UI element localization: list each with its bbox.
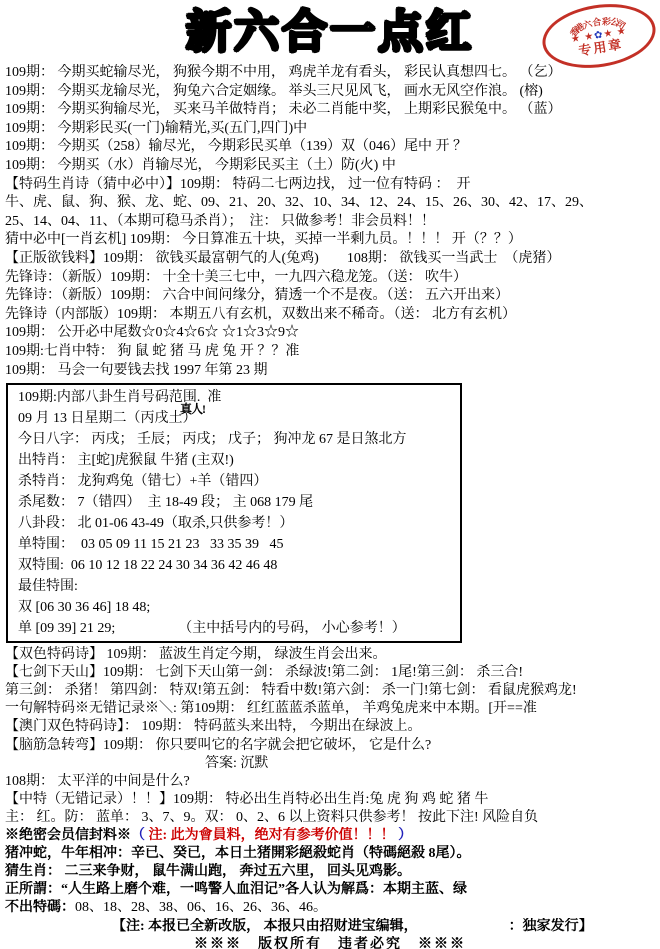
- text-line: 109期： 今期买蛇输尽光， 狗猴今期不中用， 鸡虎羊龙有看头， 彩民认真想四七…: [0, 64, 660, 83]
- bottom-section: 【双色特码诗】 109期： 蓝波生肖定今期， 绿波生肖会出来。 【七剑下天山】1…: [0, 646, 660, 949]
- text-line: 109期:七肖中特： 狗 鼠 蛇 猪 马 虎 兔 开 ？？准: [0, 343, 660, 362]
- box-line: 最佳特围:: [10, 576, 460, 597]
- box-line: 今日八字： 丙戌； 壬辰； 丙戌； 戊子； 狗冲龙 67 是日煞北方: [10, 429, 460, 450]
- box-line: 109期:内部八卦生肖号码范围. 准: [10, 387, 460, 408]
- text-line: 109期： 今期买（水）肖输尽光， 今期彩民买主（土）防(火) 中: [0, 157, 660, 176]
- text-line: 109期： 公开必中尾数☆0☆4☆6☆ ☆1☆3☆9☆: [0, 324, 660, 343]
- tip-sheet-page: 新六合一点红 香 港 六 合 彩 公 司 ★ ★✿★ ★ 专用章 109期： 今…: [0, 0, 660, 949]
- text-line: 109期： 今期买（258）输尽光， 今期彩民买单（139）双（046）尾中 开…: [0, 138, 660, 157]
- box-line: 杀特肖： 龙狗鸡兔（错七）+羊（错四）: [10, 471, 460, 492]
- open-paren: （: [131, 828, 149, 843]
- text-line: 先锋诗（内部版）109期： 本期五八有玄机，双数出来不稀奇。（送： 北方有玄机）: [0, 306, 660, 325]
- text-line: 109期： 今期买狗输尽光， 买来马羊做特肖； 未必二肖能中奖， 上期彩民猴兔中…: [0, 101, 660, 120]
- text-line: 【特码生肖诗（猜中必中）】109期： 特码二七两边找， 过一位有特码 ： 开: [0, 176, 660, 195]
- text-line: 【澳门双色特码诗】： 109期： 特码蓝头来出特， 今期出在绿波上。: [0, 718, 660, 736]
- text-line: 先锋诗：（新版）109期： 六合中间问缘分，猜透一个不是夜。（送： 五六开出来）: [0, 287, 660, 306]
- text-line: 【七剑下天山】109期： 七剑下天山第一剑： 杀绿波!第二剑： 1尾!第三剑： …: [0, 664, 660, 682]
- text-line: 【正版欲钱料】109期： 欲钱买最富朝气的人(兔鸡) 108期： 欲钱买一当武士…: [0, 250, 660, 269]
- text-line: 108期： 太平洋的中间是什么?: [0, 773, 660, 791]
- member-note-line: ※绝密会员信封料※（ 注: 此为會員料，绝对有参考价值！！！ ）: [0, 827, 660, 845]
- member-note-prefix: ※绝密会员信封料※: [5, 828, 131, 843]
- text-line: 猜生肖： 二三来争财， 鼠牛满山跑， 奔过五六里， 回头见鸡影。: [0, 863, 660, 881]
- text-line: 猜中必中[一肖玄机] 109期： 今日算准五十块，买掉一半剩九员。！！！ 开（？…: [0, 231, 660, 250]
- box-line: 单 [09 39] 21 29; （主中括号内的号码， 小心参考！）: [10, 618, 460, 639]
- no-special-label: 不出特碼：: [5, 900, 75, 915]
- text-line: 正所謂：“人生路上磨个难，一鸣警人血泪记”各人认为解爲：本期主蓝、绿: [0, 881, 660, 899]
- text-line: 牛、虎、鼠、狗、猴、龙、蛇、09、21、20、32、10、34、12、24、15…: [0, 194, 660, 213]
- text-line: 第三剑： 杀猪！ 第四剑： 特双!第五剑： 特看中数!第六剑： 杀一门!第七剑：…: [0, 682, 660, 700]
- text-line: 主： 红。防： 蓝单： 3、7、9。双： 0、2、6 以上资料只供参考！ 按此下…: [0, 809, 660, 827]
- stamp-arc-char: 合: [591, 15, 602, 29]
- text-line: 先锋诗：（新版）109期： 十全十美三七中，一九四六稳龙笼。（送： 吹牛）: [0, 269, 660, 288]
- box-line: 双 [06 30 36 46] 18 48;: [10, 597, 460, 618]
- text-line: 109期： 今期买龙输尽光， 狗兔六合定姻缘。 举头三尺见风飞， 画水无风空作浪…: [0, 83, 660, 102]
- box-line: 单特围： 03 05 09 11 15 21 23 33 35 39 45: [10, 534, 460, 555]
- riddle-answer-line: 答案: 沉默: [0, 755, 660, 773]
- text-line: 25、14、04、11、（本期可稳马杀肖）； 注： 只做参考！非会员料！！: [0, 213, 660, 232]
- text-line: 一句解特码※无错记录※＼: 第109期： 红红蓝蓝杀蓝单， 羊鸡兔虎来中本期。[…: [0, 700, 660, 718]
- text-line: 109期： 马会一句要钱去找 1997 年第 23 期: [0, 362, 660, 381]
- box-line: 双特围: 06 10 12 18 22 24 30 34 36 42 46 48: [10, 555, 460, 576]
- top-section: 109期： 今期买蛇输尽光， 狗猴今期不中用， 鸡虎羊龙有看头， 彩民认真想四七…: [0, 64, 660, 380]
- no-special-line: 不出特碼：08、18、28、38、06、16、26、36、46。: [0, 899, 660, 917]
- member-note-red-text: 注: 此为會員料，绝对有参考价值！！！: [149, 828, 395, 843]
- eight-trigram-box: 真人! 109期:内部八卦生肖号码范围. 准 09 月 13 日星期二（丙戌土）…: [6, 383, 462, 643]
- close-paren: ）: [395, 828, 413, 843]
- footer-note-line: 【注: 本报已全新改版， 本报只由招财进宝编辑， ：独家发行】: [0, 918, 660, 936]
- box-line: 出特肖： 主[蛇]虎猴鼠 牛猪 (主双!): [10, 450, 460, 471]
- text-line: 【双色特码诗】 109期： 蓝波生肖定今期， 绿波生肖会出来。: [0, 646, 660, 664]
- text-line: 猪冲蛇，牛年相冲：辛已、癸已，本日土猪開彩絕殺蛇肖（特碼絕殺 8尾）。: [0, 845, 660, 863]
- text-line: 【脑筋急转弯】109期： 你只要叫它的名字就会把它破坏， 它是什么?: [0, 737, 660, 755]
- box-line: 09 月 13 日星期二（丙戌土）: [10, 408, 460, 429]
- text-line: 【中特（无错记录）！！】109期： 特必出生肖特必出生肖:兔 虎 狗 鸡 蛇 猪…: [0, 791, 660, 809]
- copyright-line: ※※※ 版权所有 违者必究 ※※※: [0, 936, 660, 949]
- overlay-note: 真人!: [180, 400, 205, 417]
- header: 新六合一点红 香 港 六 合 彩 公 司 ★ ★✿★ ★ 专用章: [0, 0, 660, 62]
- box-line: 八卦段： 北 01-06 43-49（取杀,只供参考！）: [10, 513, 460, 534]
- no-special-numbers: 08、18、28、38、06、16、26、36、46。: [75, 900, 327, 915]
- box-line: 杀尾数： 7（错四） 主 18-49 段； 主 068 179 尾: [10, 492, 460, 513]
- text-line: 109期： 今期彩民买(一门)输精光,买(五门,四门)中: [0, 120, 660, 139]
